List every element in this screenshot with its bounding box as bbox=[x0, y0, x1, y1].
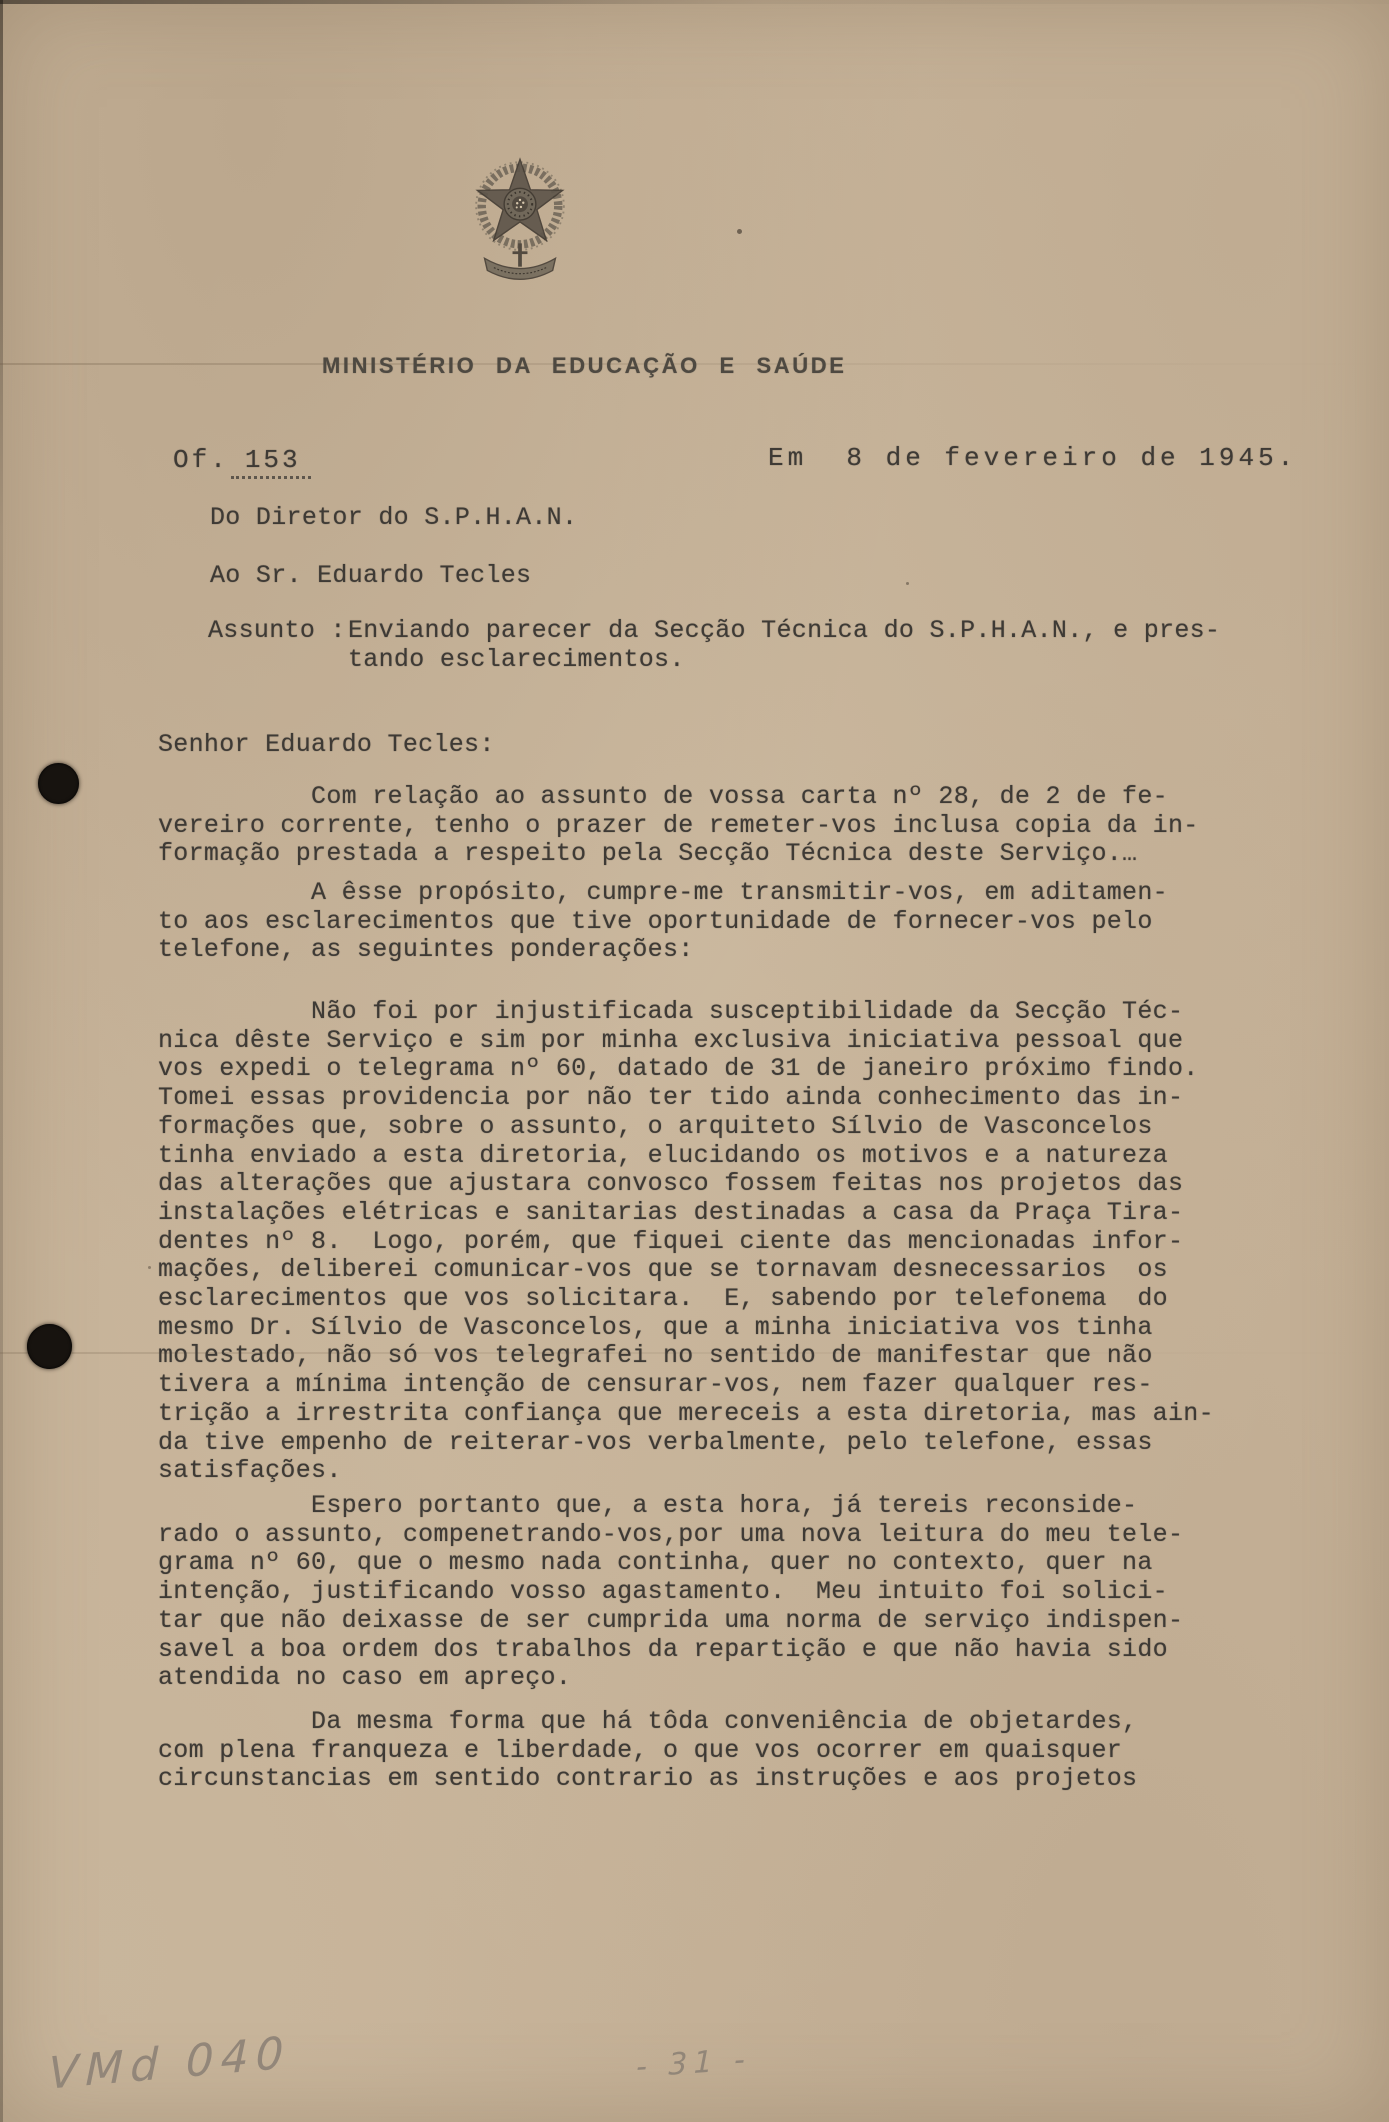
body-paragraph: Espero portanto que, a esta hora, já ter… bbox=[158, 1492, 1183, 1693]
to-line: Ao Sr. Eduardo Tecles bbox=[210, 562, 531, 591]
scan-edge-top bbox=[0, 0, 1389, 4]
subject-text: Enviando parecer da Secção Técnica do S.… bbox=[348, 617, 1220, 674]
salutation: Senhor Eduardo Tecles: bbox=[158, 731, 495, 760]
body-paragraph: Com relação ao assunto de vossa carta nº… bbox=[158, 783, 1199, 869]
ministry-header-title: MINISTÉRIO DA EDUCAÇÃO E SAÚDE bbox=[322, 353, 847, 379]
office-number-label: Of. bbox=[173, 445, 229, 475]
punch-hole bbox=[38, 763, 79, 804]
scan-edge-left bbox=[0, 0, 3, 2122]
paper-speck bbox=[737, 229, 742, 234]
date-line: Em 8 de fevereiro de 1945. bbox=[768, 444, 1297, 473]
punch-hole bbox=[27, 1324, 72, 1369]
subject-label: Assunto : bbox=[208, 617, 346, 646]
office-number-value: 153 bbox=[231, 445, 311, 479]
scanned-letter-page: MINISTÉRIO DA EDUCAÇÃO E SAÚDE Of.153 Em… bbox=[0, 0, 1389, 2122]
office-number-line: Of.153 bbox=[173, 446, 311, 475]
from-line: Do Diretor do S.P.H.A.N. bbox=[210, 504, 577, 533]
brazil-coat-of-arms-icon bbox=[464, 146, 576, 309]
handwritten-page-number: - 31 - bbox=[636, 2042, 751, 2085]
handwritten-archive-code: VMd 040 bbox=[48, 2027, 291, 2099]
body-paragraph: Não foi por injustificada susceptibilida… bbox=[158, 998, 1214, 1486]
body-paragraph: A êsse propósito, cumpre-me transmitir-v… bbox=[158, 879, 1168, 965]
body-paragraph: Da mesma forma que há tôda conveniência … bbox=[158, 1708, 1137, 1794]
